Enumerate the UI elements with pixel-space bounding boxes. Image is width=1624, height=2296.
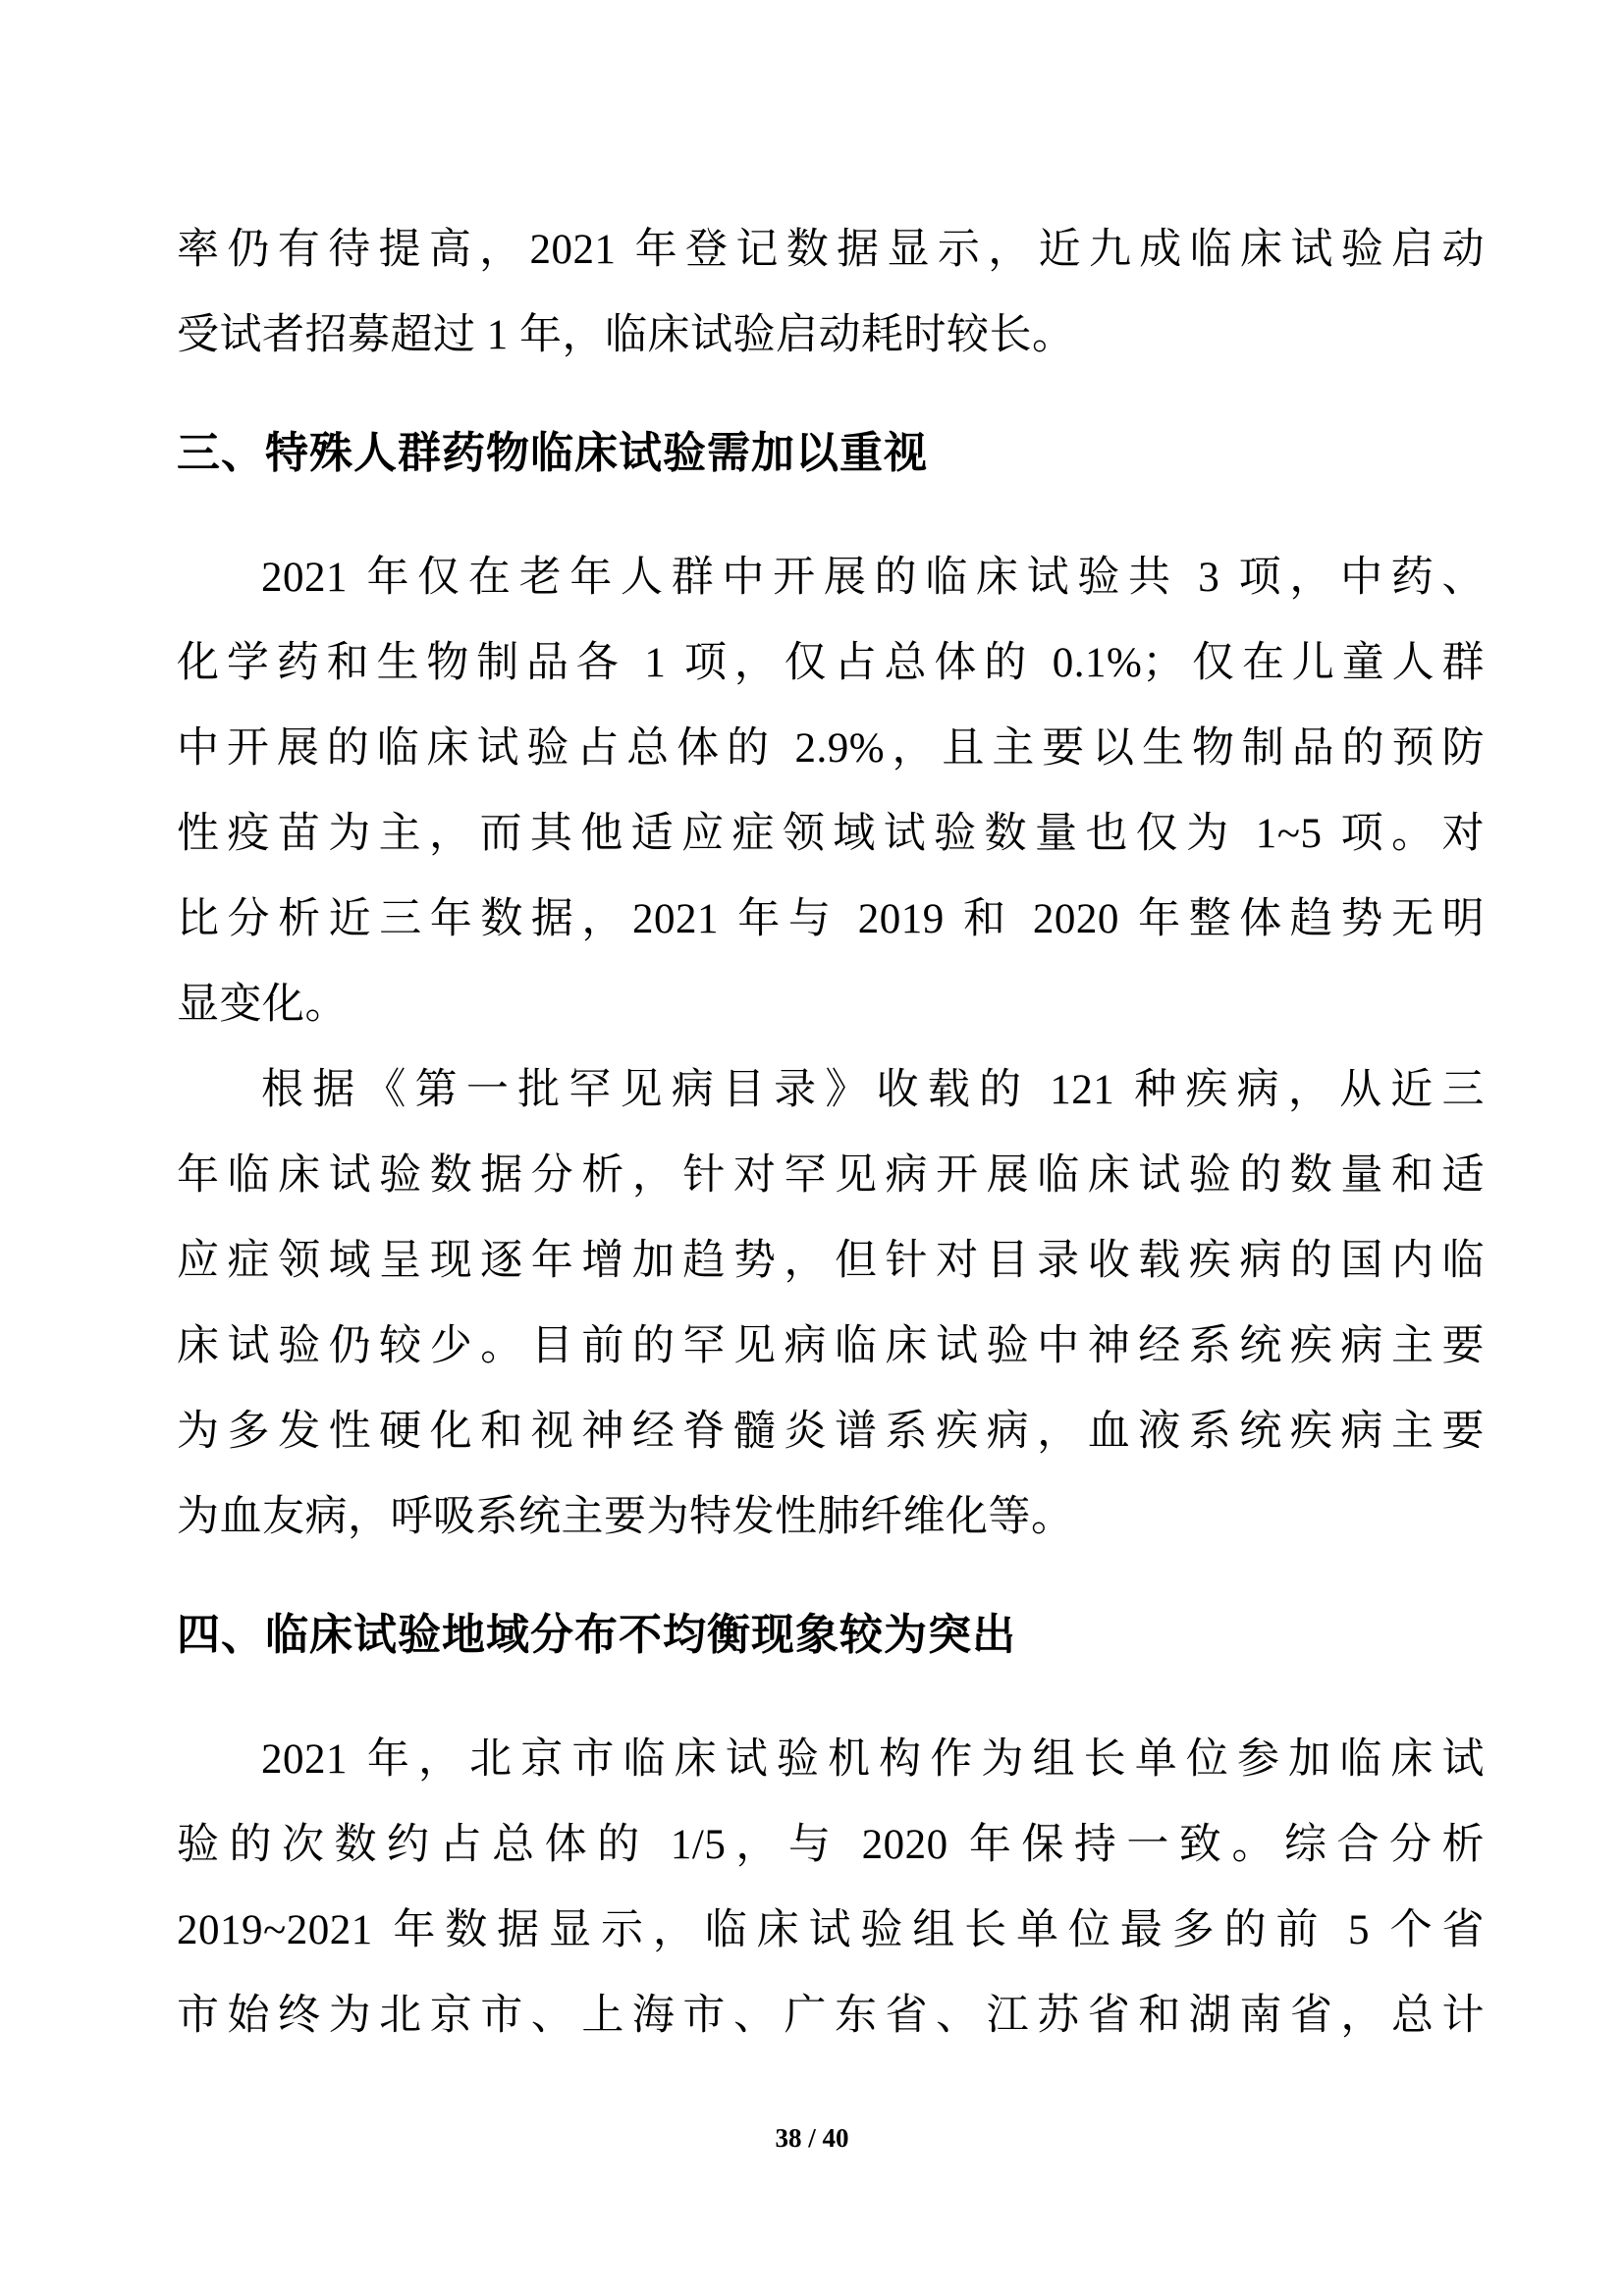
document-body: 率仍有待提高，2021 年登记数据显示，近九成临床试验启动 受试者招募超过 1 … bbox=[177, 207, 1485, 2058]
body-text-line: 为多发性硬化和视神经脊髓炎谱系疾病，血液系统疾病主要 bbox=[177, 1389, 1485, 1474]
body-text-line: 2021 年仅在老年人群中开展的临床试验共 3 项，中药、 bbox=[177, 535, 1485, 620]
body-text-line: 根据《第一批罕见病目录》收载的 121 种疾病，从近三 bbox=[177, 1047, 1485, 1133]
body-text-line: 受试者招募超过 1 年，临床试验启动耗时较长。 bbox=[177, 293, 1485, 378]
body-text-line: 为血友病，呼吸系统主要为特发性肺纤维化等。 bbox=[177, 1474, 1485, 1560]
body-text-line: 年临床试验数据分析，针对罕见病开展临床试验的数量和适 bbox=[177, 1133, 1485, 1218]
body-text-line: 中开展的临床试验占总体的 2.9%，且主要以生物制品的预防 bbox=[177, 706, 1485, 791]
body-text-line: 验的次数约占总体的 1/5，与 2020 年保持一致。综合分析 bbox=[177, 1802, 1485, 1888]
page-number: 38 / 40 bbox=[0, 2123, 1624, 2153]
section-heading-3: 三、特殊人群药物临床试验需加以重视 bbox=[177, 410, 1485, 496]
section-heading-4: 四、临床试验地域分布不均衡现象较为突出 bbox=[177, 1592, 1485, 1678]
body-text-line: 比分析近三年数据，2021 年与 2019 和 2020 年整体趋势无明 bbox=[177, 877, 1485, 962]
body-text-line: 应症领域呈现逐年增加趋势，但针对目录收载疾病的国内临 bbox=[177, 1218, 1485, 1304]
body-text-line: 2019~2021 年数据显示，临床试验组长单位最多的前 5 个省 bbox=[177, 1888, 1485, 1973]
body-text-line: 率仍有待提高，2021 年登记数据显示，近九成临床试验启动 bbox=[177, 207, 1485, 293]
body-text-line: 性疫苗为主，而其他适应症领域试验数量也仅为 1~5 项。对 bbox=[177, 791, 1485, 877]
body-text-line: 市始终为北京市、上海市、广东省、江苏省和湖南省，总计 bbox=[177, 1973, 1485, 2058]
body-text-line: 床试验仍较少。目前的罕见病临床试验中神经系统疾病主要 bbox=[177, 1304, 1485, 1389]
body-text-line: 显变化。 bbox=[177, 962, 1485, 1047]
body-text-line: 2021 年，北京市临床试验机构作为组长单位参加临床试 bbox=[177, 1717, 1485, 1802]
document-page: { "document": { "para_continued": { "lin… bbox=[0, 0, 1624, 2296]
body-text-line: 化学药和生物制品各 1 项，仅占总体的 0.1%；仅在儿童人群 bbox=[177, 620, 1485, 706]
